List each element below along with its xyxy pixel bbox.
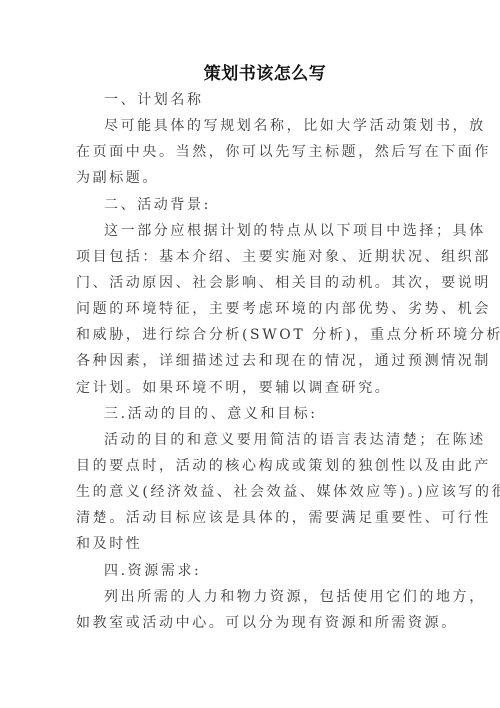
paragraph-line: 列出所需的人力和物力资源，包括使用它们的地方， [76,584,416,610]
paragraph-line: 清楚。活动目标应该是具体的，需要满足重要性、可行性 [76,505,416,531]
section-heading-background: 二、活动背景: [76,192,416,218]
document-page: 策划书该怎么写 一、计划名称 尽可能具体的写规划名称，比如大学活动策划书，放 在… [0,0,500,708]
paragraph-line: 问题的环境特征，主要考虑环境的内部优势、劣势、机会 [76,296,416,322]
paragraph-line: 为副标题。 [76,165,416,191]
paragraph-line: 这一部分应根据计划的特点从以下项目中选择；具体 [76,218,416,244]
paragraph-line: 和及时性 [76,531,416,557]
paragraph-line: 尽可能具体的写规划名称，比如大学活动策划书，放 [76,113,416,139]
section-heading-plan-name: 一、计划名称 [76,87,416,113]
paragraph-line: 各种因素，详细描述过去和现在的情况，通过预测情况制 [76,348,416,374]
paragraph-line: 在页面中央。当然，你可以先写主标题，然后写在下面作 [76,139,416,165]
paragraph-line: 定计划。如果环境不明，要辅以调查研究。 [76,375,416,401]
paragraph-line: 如教室或活动中心。可以分为现有资源和所需资源。 [76,610,416,636]
paragraph-line: 目的要点时，活动的核心构成或策划的独创性以及由此产 [76,453,416,479]
paragraph-line: 生的意义(经济效益、社会效益、媒体效应等)。)应该写的很 [76,479,416,505]
paragraph-line: 活动的目的和意义要用简洁的语言表达清楚；在陈述 [76,427,416,453]
document-body: 一、计划名称 尽可能具体的写规划名称，比如大学活动策划书，放 在页面中央。当然，… [76,87,416,636]
paragraph-line: 和威胁，进行综合分析(SWOT 分析)，重点分析环境分析的 [76,322,416,348]
section-heading-resources: 四.资源需求: [76,558,416,584]
paragraph-line: 门、活动原因、社会影响、相关目的动机。其次，要说明 [76,270,416,296]
section-heading-purpose: 三.活动的目的、意义和目标: [76,401,416,427]
paragraph-line: 项目包括：基本介绍、主要实施对象、近期状况、组织部 [76,244,416,270]
document-title: 策划书该怎么写 [0,62,500,86]
